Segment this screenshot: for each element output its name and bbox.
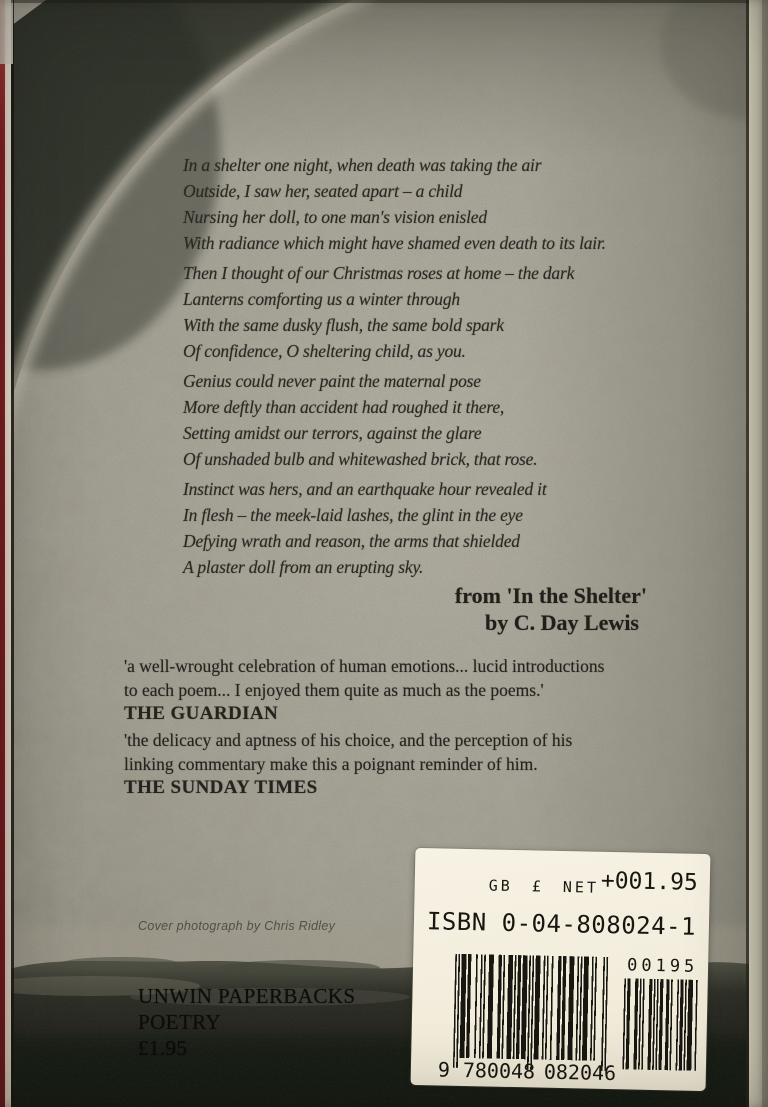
price-net-label: GB £ NET <box>489 876 600 896</box>
ean13-digit-group1: 780048 <box>463 1058 536 1084</box>
poem-line: Of confidence, O sheltering child, as yo… <box>183 338 606 364</box>
ean5-barcode <box>621 978 698 1071</box>
cover-left-border <box>11 0 14 1107</box>
ean13-barcode <box>453 954 608 1071</box>
review-source: THE SUNDAY TIMES <box>124 776 572 800</box>
poem-stanza: In a shelter one night, when death was t… <box>183 152 606 256</box>
page-edge-right-shadow <box>762 0 768 1107</box>
review-source: THE GUARDIAN <box>124 702 604 726</box>
poem-line: Setting amidst our terrors, against the … <box>183 420 606 446</box>
publisher-category: POETRY <box>138 1009 355 1035</box>
ean13-digit-group2: 082046 <box>544 1060 617 1086</box>
review-line: 'a well-wrought celebration of human emo… <box>124 655 604 679</box>
ean13-digit-lead: 9 <box>438 1057 451 1081</box>
poem-line: Instinct was hers, and an earthquake hou… <box>183 476 606 502</box>
page-edge-right <box>749 0 762 1107</box>
poem-line: Nursing her doll, to one man's vision en… <box>183 204 606 230</box>
poem-line: With radiance which might have shamed ev… <box>183 230 606 256</box>
top-left-corner-highlight <box>0 0 13 64</box>
poem-stanza: Instinct was hers, and an earthquake hou… <box>183 476 606 580</box>
poem-line: In a shelter one night, when death was t… <box>183 152 606 178</box>
review-line: linking commentary make this a poignant … <box>124 753 572 777</box>
supplement-number: 00195 <box>627 955 699 976</box>
poem-attribution: from 'In the Shelter' by C. Day Lewis <box>455 582 647 636</box>
review-line: to each poem... I enjoyed them quite as … <box>124 679 604 703</box>
review-sunday-times: 'the delicacy and aptness of his choice,… <box>124 729 572 800</box>
attribution-source: from 'In the Shelter' <box>455 582 647 609</box>
price-value: +001.95 <box>601 868 698 896</box>
poem-line: Lanterns comforting us a winter through <box>183 286 606 312</box>
review-line: 'the delicacy and aptness of his choice,… <box>124 729 572 753</box>
publisher-block: UNWIN PAPERBACKS POETRY £1.95 <box>138 983 355 1061</box>
attribution-author: by C. Day Lewis <box>455 609 647 636</box>
poem-stanza: Then I thought of our Christmas roses at… <box>183 260 606 364</box>
price-sticker: GB £ NET +001.95 ISBN 0-04-808024-1 9 78… <box>411 848 711 1091</box>
poem-stanza: Genius could never paint the maternal po… <box>183 368 606 472</box>
photo-credit: Cover photograph by Chris Ridley <box>138 919 335 933</box>
poem-line: Then I thought of our Christmas roses at… <box>183 260 606 286</box>
poem-line: Defying wrath and reason, the arms that … <box>183 528 606 554</box>
isbn-text: ISBN 0-04-808024-1 <box>414 907 710 941</box>
publisher-price: £1.95 <box>138 1035 355 1061</box>
poem-line: Outside, I saw her, seated apart – a chi… <box>183 178 606 204</box>
poem-line: A plaster doll from an erupting sky. <box>183 554 606 580</box>
poem-line: More deftly than accident had roughed it… <box>183 394 606 420</box>
review-guardian: 'a well-wrought celebration of human emo… <box>124 655 604 726</box>
poem-line: Genius could never paint the maternal po… <box>183 368 606 394</box>
poem: In a shelter one night, when death was t… <box>183 152 606 584</box>
cover-top-border <box>11 0 749 3</box>
poem-line: With the same dusky flush, the same bold… <box>183 312 606 338</box>
book-back-cover: In a shelter one night, when death was t… <box>0 0 768 1107</box>
poem-line: In flesh – the meek-laid lashes, the gli… <box>183 502 606 528</box>
publisher-name: UNWIN PAPERBACKS <box>138 983 355 1009</box>
poem-line: Of unshaded bulb and whitewashed brick, … <box>183 446 606 472</box>
